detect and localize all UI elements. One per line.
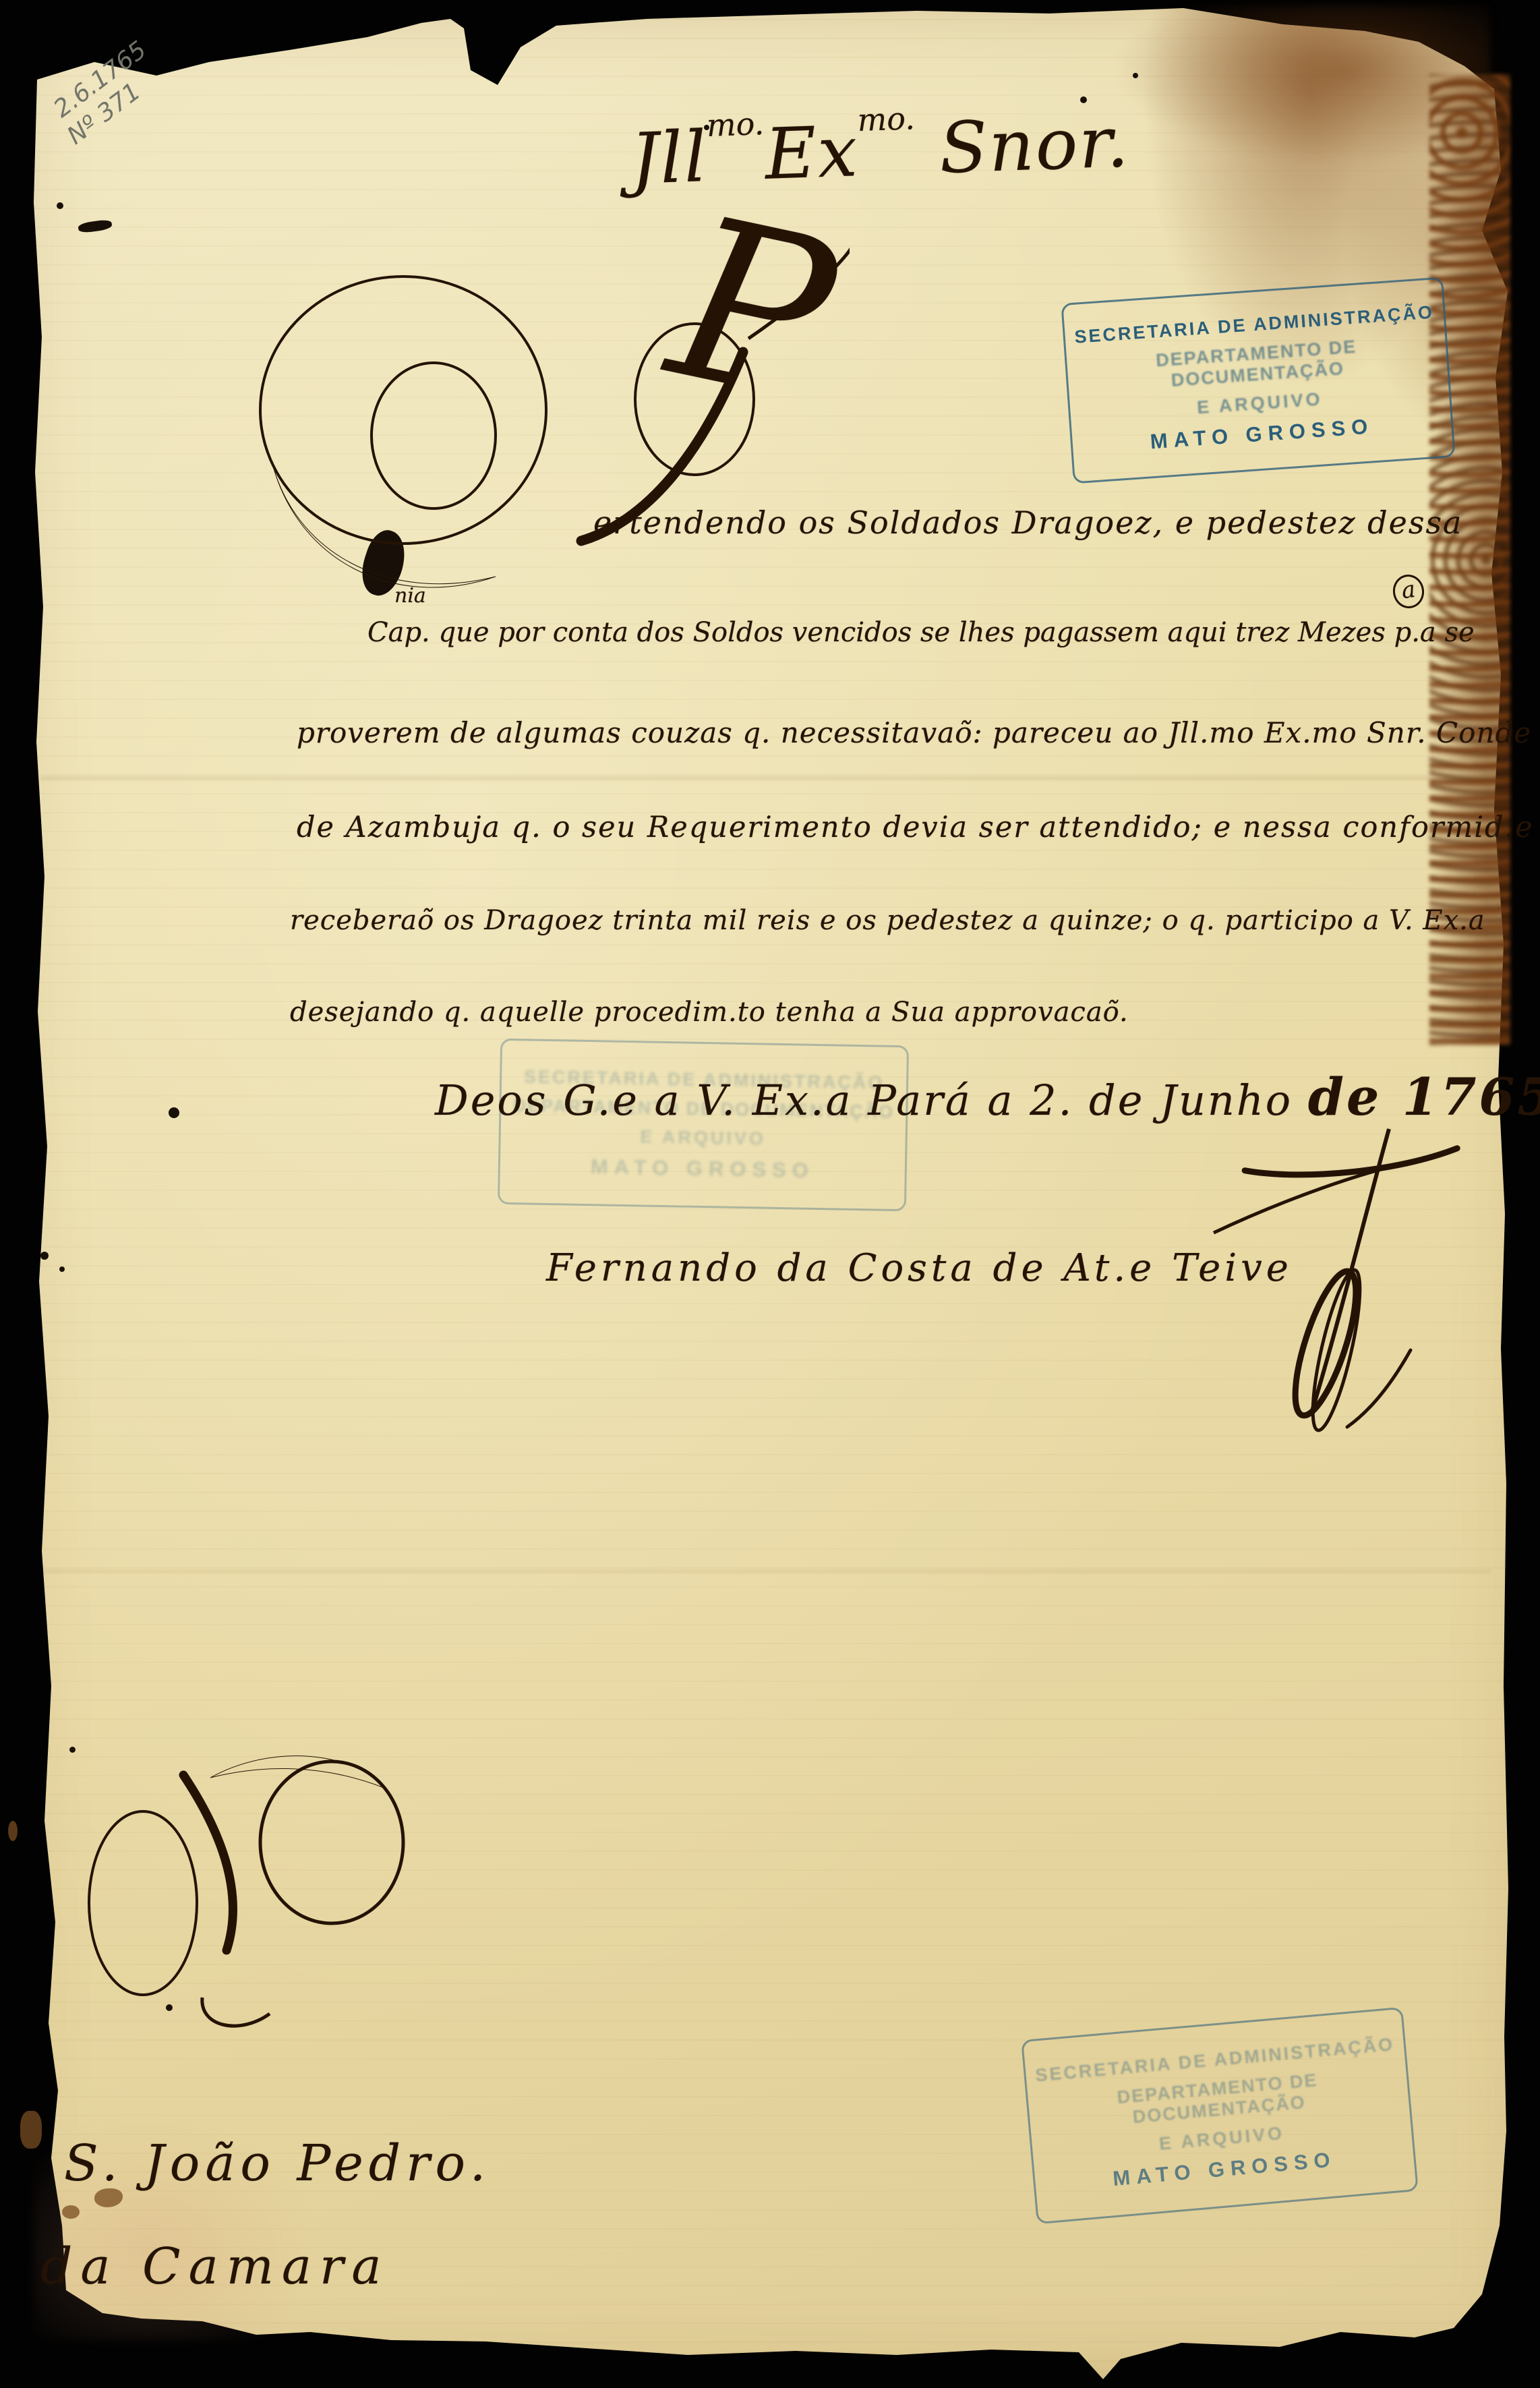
ink-speck: [59, 1266, 65, 1272]
body-line-5: receberaõ os Dragoez trinta mil reis e o…: [290, 905, 1485, 936]
date-line-text: Deos G.e a V. Ex.a Pará a 2. de Junho: [435, 1076, 1308, 1125]
archive-stamp-bottom-right: SECRETARIA DE ADMINISTRAÇÃO DEPARTAMENTO…: [1021, 2007, 1419, 2224]
body-line-2: Cap. que por conta dos Soldos vencidos s…: [367, 617, 1475, 648]
signature: Fernando da Costa de At.e Teive: [546, 1246, 1293, 1290]
body-line-4: de Azambuja q. o seu Requerimento devia …: [297, 811, 1534, 844]
scanned-manuscript-page: SECRETARIA DE ADMINISTRAÇÃO DEPARTAMENTO…: [0, 0, 1540, 2388]
body-line-3: proverem de algumas couzas q. necessitav…: [297, 716, 1531, 749]
foxing-spot: [8, 1821, 18, 1841]
ink-speck: [57, 202, 63, 209]
salutation-part: Snor.: [914, 100, 1131, 190]
addressee-surname: da Camara: [40, 2238, 390, 2296]
rubric-flourish: [67, 1747, 445, 2037]
signature-paraph-flourish: [1187, 1119, 1436, 1457]
body-line-1: ertendendo os Soldados Dragoez, e pedest…: [593, 504, 1462, 541]
foxing-spot: [62, 2205, 80, 2219]
foxing-spot: [20, 2111, 42, 2149]
ink-speck: [1133, 73, 1138, 78]
stamp-line: MATO GROSSO: [500, 1153, 906, 1184]
addressee-name: S. João Pedro.: [64, 2134, 491, 2192]
ink-speck: [40, 1252, 49, 1260]
date-line: Deos G.e a V. Ex.a Pará a 2. de Junho de…: [435, 1067, 1540, 1127]
salutation-superscript: mo.: [857, 100, 916, 138]
salutation-superscript: mo.: [706, 105, 765, 144]
stamp-line: E ARQUIVO: [500, 1124, 905, 1151]
ink-speck: [169, 1107, 179, 1118]
date-line-year: de 1765: [1308, 1067, 1540, 1127]
superscript-nia: nia: [394, 584, 426, 608]
salutation-part: Jll: [629, 115, 709, 200]
body-line-6: desejando q. aquelle procedim.to tenha a…: [290, 997, 1129, 1028]
archive-stamp-top-right: SECRETARIA DE ADMINISTRAÇÃO DEPARTAMENTO…: [1061, 277, 1455, 484]
